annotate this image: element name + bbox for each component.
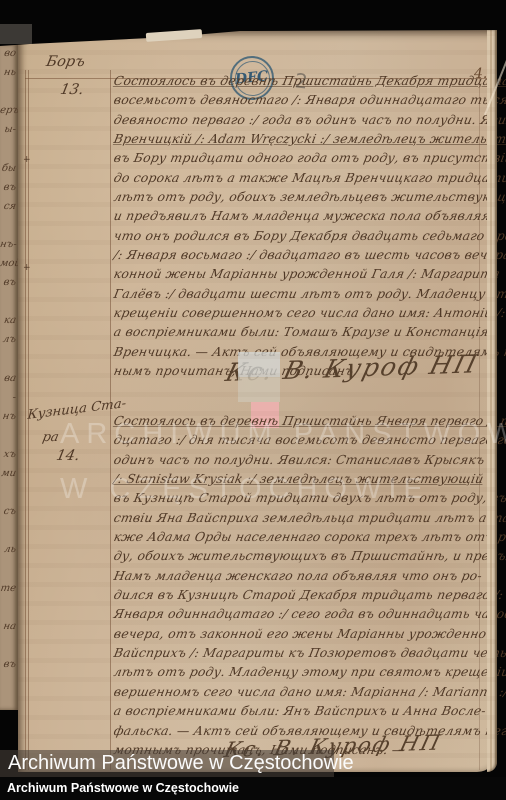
entry1-number-label: 13. bbox=[59, 82, 85, 98]
handwritten-line: лѣтъ отъ роду. Младенцу этому при святом… bbox=[112, 662, 498, 681]
handwritten-line: крещеніи совершенномъ сего числа дано им… bbox=[112, 303, 498, 322]
entry2-place-label-line2: ра bbox=[41, 430, 60, 445]
previous-page-text-fragment bbox=[0, 82, 18, 101]
handwritten-line: Вренчицкій /: Adam Wręczycki :/ земледѣл… bbox=[112, 129, 498, 148]
previous-page-text-fragment: въ bbox=[0, 655, 18, 674]
handwritten-line: а воспріемниками были: Томашъ Краузе и К… bbox=[112, 322, 498, 341]
previous-page-text-fragment bbox=[0, 139, 18, 158]
rule-cross-mark: + bbox=[23, 263, 31, 273]
entry1-place-label: Боръ bbox=[45, 54, 86, 70]
previous-page-text-fragment: ль bbox=[0, 540, 18, 559]
handwritten-line: вершенномъ сего числа дано имя: Маріанна… bbox=[112, 682, 498, 701]
entry1-text-block: Состоялось въ деревнѣ Пршистайнь Декабря… bbox=[114, 71, 496, 381]
previous-page-text-fragment: въ bbox=[0, 273, 18, 292]
watermark-line1: ARCHIWUM PAŃSTWOWE bbox=[60, 418, 506, 451]
previous-page-text-fragment: ы- bbox=[0, 120, 18, 139]
stacked-pages-edge bbox=[487, 30, 497, 772]
paper-chip-fragment bbox=[0, 24, 32, 44]
previous-page-text-fragment: нь bbox=[0, 63, 18, 82]
previous-page-text-fragment: - bbox=[0, 388, 18, 407]
previous-page-text-fragment: ка bbox=[0, 311, 18, 330]
previous-page-text-fragment bbox=[0, 350, 18, 369]
handwritten-line: въ Бору тридцати одного года отъ роду, в… bbox=[112, 148, 498, 167]
watermark-banner: Archiwum Państwowe w Częstochowie bbox=[0, 750, 334, 777]
margin-rule-outer bbox=[25, 70, 26, 770]
previous-page-text-fragment: мой bbox=[0, 254, 18, 273]
previous-page-edge: воньеръы-бывъсянъ-мойвъкалъва-нъхъмисъль… bbox=[0, 44, 18, 710]
document-page: + + Боръ 13. Кузница Ста- ра 14. DFC 2 4… bbox=[18, 30, 497, 772]
handwritten-line: что онъ родился въ Бору Декабря двадцать… bbox=[112, 226, 498, 245]
handwritten-line: кже Адама Орды населеннаго сорока трехъ … bbox=[112, 527, 498, 546]
previous-page-text-fragment bbox=[0, 598, 18, 617]
watermark-banner-text: Archiwum Państwowe w Częstochowie bbox=[8, 752, 354, 775]
handwritten-line: до сорока лѣтъ а также Мацѣя Вренчицкаго… bbox=[112, 168, 498, 187]
previous-page-text-fragment bbox=[0, 560, 18, 579]
previous-page-text-fragment: те bbox=[0, 579, 18, 598]
handwritten-line: а воспріемниками были: Янъ Вайсприхъ и А… bbox=[112, 701, 498, 720]
previous-page-text-fragment: хъ bbox=[0, 445, 18, 464]
previous-page-text-fragment bbox=[0, 636, 18, 655]
previous-page-text-fragment: съ bbox=[0, 502, 18, 521]
archive-footer-text: Archiwum Państwowe w Częstochowie bbox=[7, 777, 239, 800]
previous-page-text-fragment bbox=[0, 216, 18, 235]
handwritten-line: Галёвъ :/ двадцати шести лѣтъ отъ роду. … bbox=[112, 284, 498, 303]
previous-page-text-fragment: ся bbox=[0, 197, 18, 216]
handwritten-line: дился въ Кузницѣ Старой Декабря тридцать… bbox=[112, 585, 498, 604]
scan-background: воньеръы-бывъсянъ-мойвъкалъва-нъхъмисъль… bbox=[0, 0, 506, 800]
handwritten-line: Января одиннадцатаго :/ сего года въ оди… bbox=[112, 604, 498, 623]
previous-page-text-fragment: нъ bbox=[0, 407, 18, 426]
previous-page-text-fragment: еръ bbox=[0, 101, 18, 120]
previous-page-text-fragment: на bbox=[0, 617, 18, 636]
handwritten-line: /: Января восьмаго :/ двадцатаго въ шест… bbox=[112, 245, 498, 264]
previous-page-text-fragment bbox=[0, 426, 18, 445]
handwritten-line: Состоялось въ деревнѣ Пршистайнь Декабря… bbox=[112, 71, 498, 90]
previous-page-text-fragment: лъ bbox=[0, 330, 18, 349]
handwritten-line: лѣтъ отъ роду, обоихъ земледѣльцевъ жите… bbox=[112, 187, 498, 206]
previous-page-text-fragment bbox=[0, 483, 18, 502]
previous-page-text-fragment: ми bbox=[0, 464, 18, 483]
handwritten-line: вечера, отъ законной его жены Маріанны у… bbox=[112, 624, 498, 643]
handwritten-line: и предъявилъ Намъ младенца мужеска пола … bbox=[112, 206, 498, 225]
watermark-line2: W CZĘSTOCHOWIE bbox=[60, 473, 430, 506]
previous-page-text-fragment: ва bbox=[0, 369, 18, 388]
previous-page-text-fragment: въ bbox=[0, 178, 18, 197]
previous-page-text-fragment bbox=[0, 292, 18, 311]
handwritten-line: одинъ часъ по полудни. Явился: Станислав… bbox=[112, 450, 498, 469]
previous-page-text-fragment bbox=[0, 521, 18, 540]
previous-page-text-fragment: во bbox=[0, 44, 18, 63]
handwritten-line: восемьсотъ девяностаго /: Января одиннад… bbox=[112, 90, 498, 109]
entry2-text-block: Состоялось въ деревнѣ Пршистайнь Января … bbox=[114, 411, 496, 759]
handwritten-line: Намъ младенца женскаго пола объявляя что… bbox=[112, 566, 498, 585]
previous-page-text-fragment: бы bbox=[0, 159, 18, 178]
handwritten-line: ду, обоихъ жительствующихъ въ Пршистайнѣ… bbox=[112, 546, 498, 565]
handwritten-line: ствіи Яна Вайсприха земледѣльца тридцати… bbox=[112, 508, 498, 527]
rule-cross-mark: + bbox=[23, 155, 31, 165]
archive-footer-bar: Archiwum Państwowe w Częstochowie bbox=[0, 777, 506, 800]
handwritten-line: Вайсприхъ /: Маргариты къ Позюретовъ два… bbox=[112, 643, 498, 662]
stamp-remnant-patch-middle bbox=[238, 377, 280, 402]
handwritten-line: девяносто перваго :/ года въ одинъ часъ … bbox=[112, 110, 498, 129]
previous-page-text-fragment: нъ- bbox=[0, 235, 18, 254]
stamp-remnant-patch-top bbox=[238, 352, 280, 377]
handwritten-line: конной жены Маріанны урожденной Галя /: … bbox=[112, 264, 498, 283]
previous-page-text-fragment bbox=[0, 674, 18, 693]
